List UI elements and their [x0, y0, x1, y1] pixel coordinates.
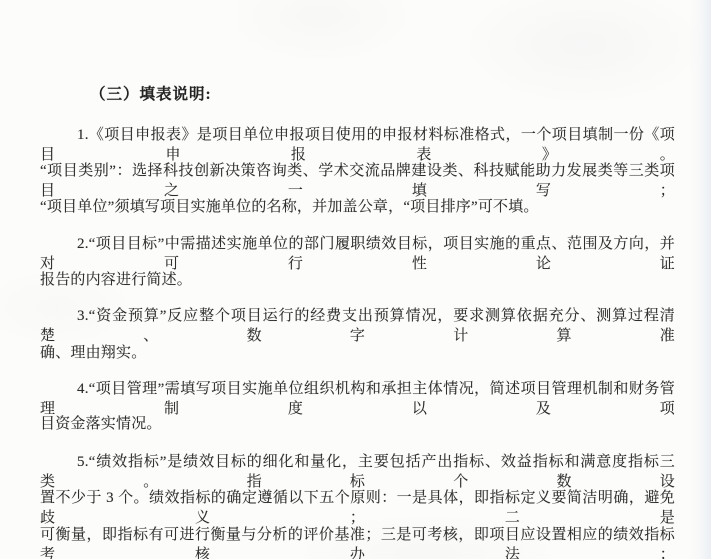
paragraph-line: 3.“资金预算”反应整个项目运行的经费支出预算情况，要求测算依据充分、测算过程清…: [40, 306, 675, 346]
paragraph-line: 可衡量，即指标有可进行衡量与分析的评价基准；三是可考核，即项目应设置相应的绩效指…: [40, 525, 675, 559]
document-page: （三）填表说明: 1.《项目申报表》是项目单位申报项目使用的申报材料标准格式，一…: [0, 0, 711, 559]
paragraph-line: 报告的内容进行简述。: [40, 270, 675, 290]
paragraph-line: 4.“项目管理”需填写项目实施单位组织机构和承担主体情况，简述项目管理机制和财务…: [40, 379, 675, 419]
paragraph-line: 确、理由翔实。: [40, 343, 675, 363]
paragraph-line: 1.《项目申报表》是项目单位申报项目使用的申报材料标准格式，一个项目填制一份《项…: [40, 125, 675, 165]
section-heading: （三）填表说明:: [90, 85, 212, 105]
paragraph-line: 2.“项目目标”中需描述实施单位的部门履职绩效目标，项目实施的重点、范围及方向，…: [40, 234, 675, 274]
paragraph-line: 5.“绩效指标”是绩效目标的细化和量化，主要包括产出指标、效益指标和满意度指标三…: [40, 452, 675, 492]
paragraph-line: 置不少于 3 个。绩效指标的确定遵循以下五个原则：一是具体，即指标定义要简洁明确…: [40, 488, 675, 528]
paragraph-line: “项目单位”须填写项目实施单位的名称，并加盖公章，“项目排序”可不填。: [40, 197, 675, 217]
paragraph-line: 目资金落实情况。: [40, 414, 675, 434]
paragraph-line: “项目类别”：选择科技创新决策咨询类、学术交流品牌建设类、科技赋能助力发展类等三…: [40, 161, 675, 201]
